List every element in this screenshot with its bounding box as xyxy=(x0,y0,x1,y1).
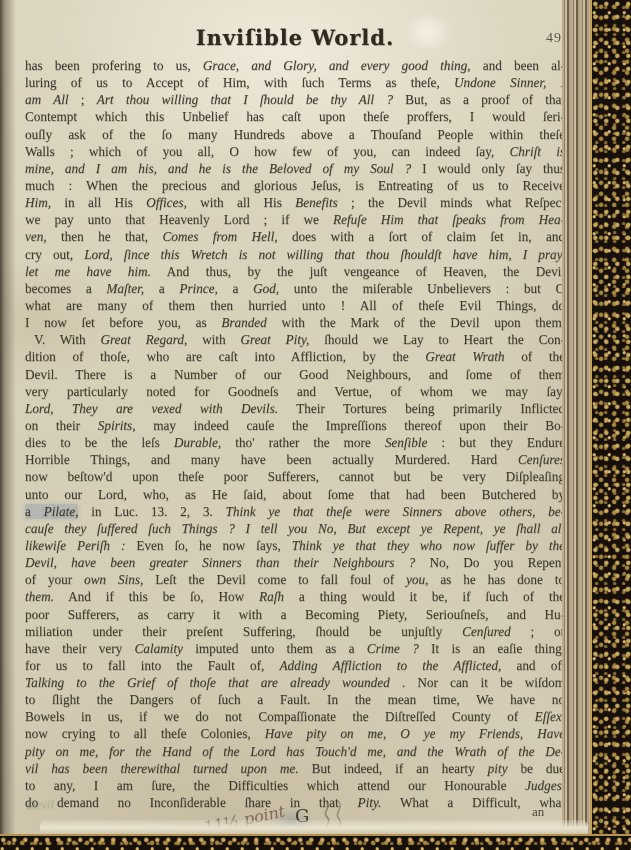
body-line: have their very Calamity imputed unto th… xyxy=(25,640,565,657)
page-edge-bottom xyxy=(40,820,588,834)
body-line: mine, and I am his, and he is the Belove… xyxy=(25,160,565,177)
body-line: to ſlight the Dangers of ſuch a Fault. I… xyxy=(25,691,565,708)
body-line: Bowels in us, if we do not Compaſſionate… xyxy=(25,708,565,725)
body-line: am All ; Art thou willing that I ſhould … xyxy=(25,91,565,108)
body-line: I now ſet before you, as Branded with th… xyxy=(25,314,565,331)
body-line: much : When the precious and glorious Je… xyxy=(25,177,565,194)
body-line: let me have him. And thus, by the juſt v… xyxy=(25,263,565,280)
bleedthrough-text: Devil xyxy=(26,796,55,813)
body-line: now crying to all theſe Colonies, Have p… xyxy=(25,725,565,742)
body-line: becomes a Maſter, a Prince, a God, unto … xyxy=(25,280,565,297)
body-line: Devil, have been greater Sinners than th… xyxy=(25,554,565,571)
scanned-book-page: Inviſible World. 49 has been profering t… xyxy=(0,0,631,850)
body-line: Walls ; which of you all, O how few of y… xyxy=(25,143,565,160)
page-edges-right xyxy=(562,0,590,850)
body-line: dies to be the leſs Durable, tho' rather… xyxy=(25,434,565,451)
body-line: Lord, They are vexed with Devils. Their … xyxy=(25,400,565,417)
body-line: now beſtow'd upon theſe poor Sufferers, … xyxy=(25,468,565,485)
body-line: unto our Lord, who, as He ſaid, about ſo… xyxy=(25,486,565,503)
body-line: vil has been therewithal turned upon me.… xyxy=(25,760,565,777)
body-line: Talking to the Grief of thoſe that are a… xyxy=(25,674,565,691)
gilt-binding-right xyxy=(590,0,631,850)
body-line: cauſe they ſuffered ſuch Things ? I tell… xyxy=(25,520,565,537)
body-line: to any, I am ſure, the Difficulties whic… xyxy=(25,777,565,794)
body-line: very particularly noted for Goodneſs and… xyxy=(25,383,565,400)
gutter-shadow xyxy=(0,0,16,850)
catchword: an xyxy=(532,804,544,820)
running-header: Inviſible World. xyxy=(25,25,623,50)
body-line: Devil. There is a Number of our Good Nei… xyxy=(25,366,565,383)
body-line: Contempt which this Unbelief has caſt up… xyxy=(25,108,565,125)
body-line: likewiſe Periſh : Even ſo, he now ſays, … xyxy=(25,537,565,554)
body-line: V. With Great Regard, with Great Pity, ſ… xyxy=(25,331,565,348)
body-line: what are many of them then hurried unto … xyxy=(25,297,565,314)
body-line: miliation under their preſent Suffering,… xyxy=(25,623,565,640)
body-line: pity on me, for the Hand of the Lord has… xyxy=(25,743,565,760)
body-line: them. And if this be ſo, How Raſh a thin… xyxy=(25,588,565,605)
body-line: ouſly ask of the ſo many Hundreds above … xyxy=(25,126,565,143)
body-line: on their Spirits, may indeed cauſe the I… xyxy=(25,417,565,434)
body-line: dition of thoſe, who are caſt into Affli… xyxy=(25,348,565,365)
body-line: Him, in all His Offices, with all His Be… xyxy=(25,194,565,211)
body-line: of your own Sins, Leſt the Devil come to… xyxy=(25,571,565,588)
body-text: has been profering to us, Grace, and Glo… xyxy=(25,57,565,811)
body-line: luring of us to Accept of Him, with ſuch… xyxy=(25,74,565,91)
gilt-binding-bottom xyxy=(0,834,631,850)
body-line: we pay unto that Heavenly Lord ; if we R… xyxy=(25,211,565,228)
body-line: a Pilate, in Luc. 13. 2, 3. Think ye tha… xyxy=(25,503,565,520)
body-line: ven, then he that, Comes from Hell, does… xyxy=(25,228,565,245)
body-line: has been profering to us, Grace, and Glo… xyxy=(25,57,565,74)
body-line: cry out, Lord, ſince this Wretch is not … xyxy=(25,246,565,263)
body-line: Horrible Things, and many have been actu… xyxy=(25,451,565,468)
body-line: for us to fall into the Fault of, Adding… xyxy=(25,657,565,674)
body-line: poor Sufferers, as carry it with a Becom… xyxy=(25,606,565,623)
